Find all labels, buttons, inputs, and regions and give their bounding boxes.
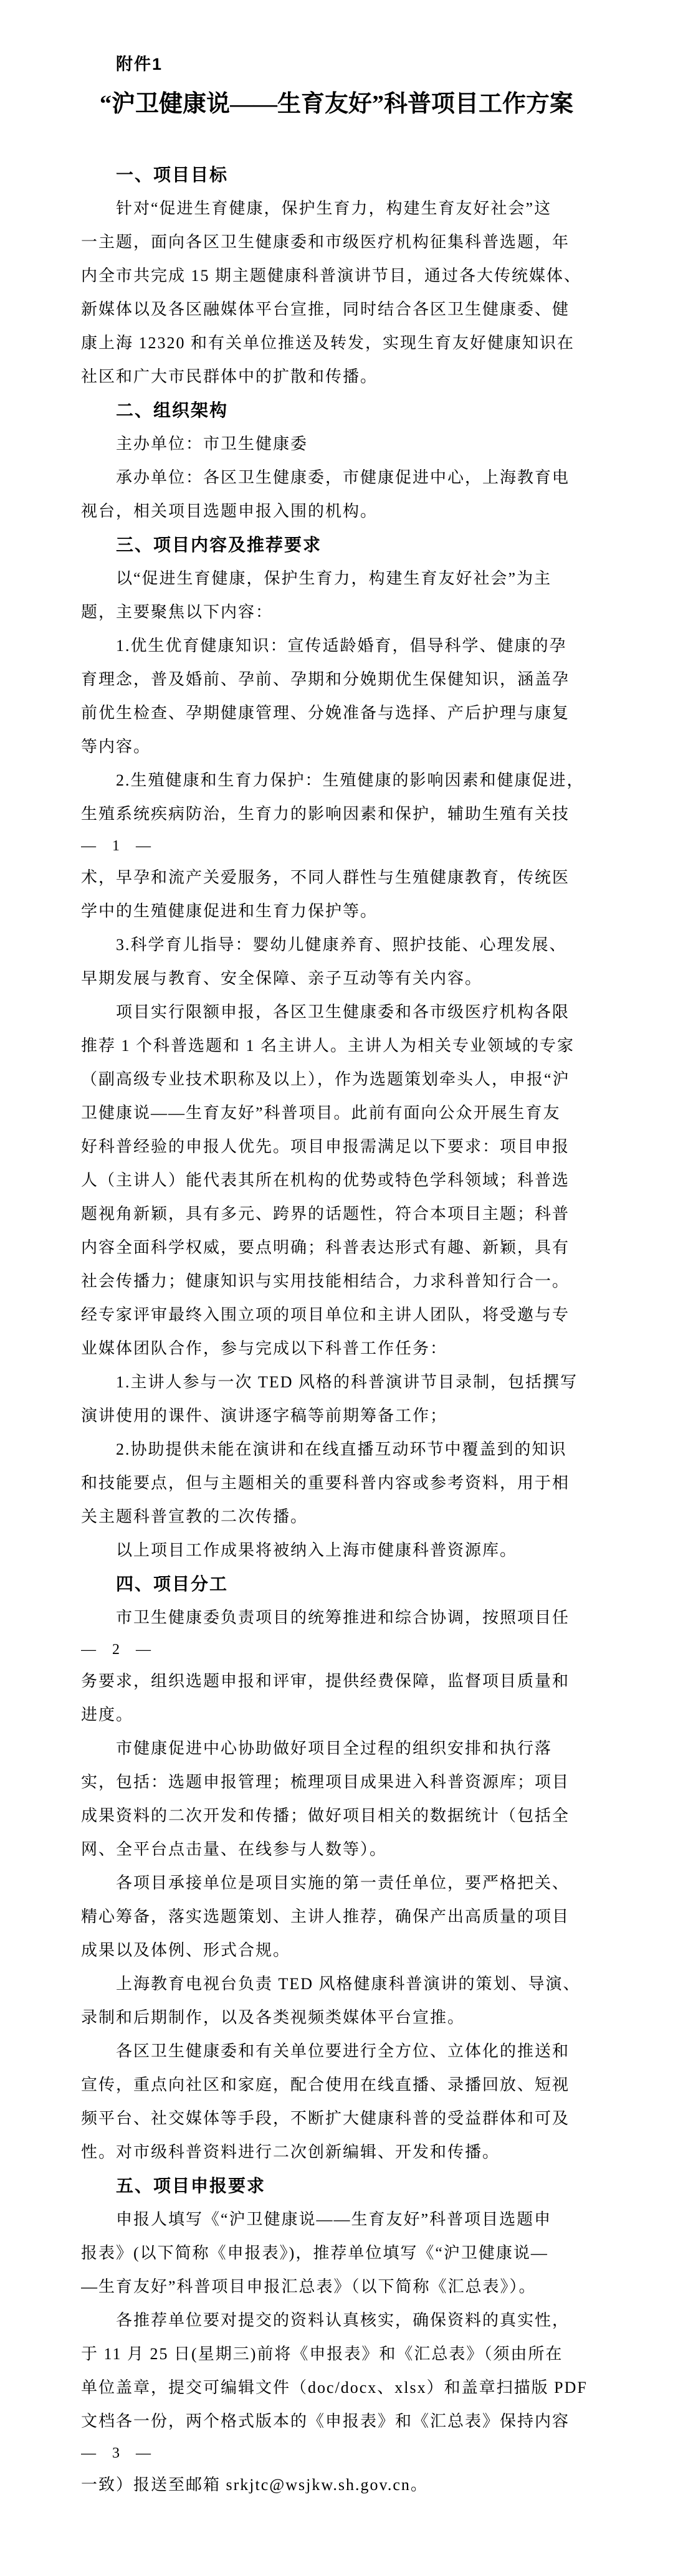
paragraph-first-line: 1.主讲人参与一次 TED 风格的科普演讲节目录制，包括撰写 [81,1366,592,1399]
paragraph-line: 网、全平台点击量、在线参与人数等）。 [81,1833,592,1866]
paragraph-line: 题视角新颖，具有多元、跨界的话题性，符合本项目主题；科普 [81,1197,592,1231]
paragraph-first-line: 市健康促进中心协助做好项目全过程的组织安排和执行落 [81,1732,592,1766]
paragraph-line: 精心筹备，落实选题策划、主讲人推荐，确保产出高质量的项目 [81,1900,592,1934]
paragraph-line: 学中的生殖健康促进和生育力保护等。 [81,895,592,928]
page-number: — 1 — [81,831,592,861]
paragraph-first-line: 各区卫生健康委和有关单位要进行全方位、立体化的推送和 [81,2035,592,2068]
paragraph-line: 实，包括：选题申报管理；梳理项目成果进入科普资源库；项目 [81,1766,592,1799]
paragraph-line: 社区和广大市民群体中的扩散和传播。 [81,360,592,394]
paragraph-first-line: 申报人填写《“沪卫健康说——生育友好”科普项目选题申 [81,2203,592,2236]
paragraph-line: 进度。 [81,1698,592,1732]
paragraph-line: 术，早孕和流产关爱服务，不同人群性与生殖健康教育，传统医 [81,861,592,895]
paragraph-first-line: 市卫生健康委负责项目的统筹推进和综合协调，按照项目任 [81,1601,592,1635]
paragraph-line: 一主题，面向各区卫生健康委和市级医疗机构征集科普选题，年 [81,226,592,259]
paragraph-line: 一致）报送至邮箱 srkjtc@wsjkw.sh.gov.cn。 [81,2468,592,2502]
paragraph-line: 业媒体团队合作，参与完成以下科普工作任务： [81,1332,592,1366]
section-heading: 一、项目目标 [81,158,592,192]
page-title: “沪卫健康说——生育友好”科普项目工作方案 [81,90,592,118]
document-page: 附件1 “沪卫健康说——生育友好”科普项目工作方案 一、项目目标针对“促进生育健… [0,0,673,2576]
paragraph-line: 等内容。 [81,730,592,764]
paragraph-line: （副高级专业技术职称及以上），作为选题策划牵头人，申报“沪 [81,1063,592,1096]
paragraph-line: 关主题科普宣教的二次传播。 [81,1500,592,1534]
paragraph-line: 视台，相关项目选题申报入围的机构。 [81,495,592,528]
paragraph-line: 人（主讲人）能代表其所在机构的优势或特色学科领域；科普选 [81,1164,592,1197]
paragraph-line: 务要求，组织选题申报和评审，提供经费保障，监督项目质量和 [81,1665,592,1698]
paragraph-line: 好科普经验的申报人优先。项目申报需满足以下要求：项目申报 [81,1130,592,1164]
paragraph-line: 和技能要点，但与主题相关的重要科普内容或参考资料，用于相 [81,1466,592,1500]
paragraph-line: 成果资料的二次开发和传播；做好项目相关的数据统计（包括全 [81,1799,592,1833]
paragraph-first-line: 各推荐单位要对提交的资料认真核实，确保资料的真实性， [81,2304,592,2337]
paragraph-line: 于 11 月 25 日(星期三)前将《申报表》和《汇总表》（须由所在 [81,2337,592,2371]
paragraph-line: 报表》(以下简称《申报表》)，推荐单位填写《“沪卫健康说— [81,2236,592,2270]
paragraph-line: 宣传，重点向社区和家庭，配合使用在线直播、录播回放、短视 [81,2068,592,2102]
paragraph-line: 经专家评审最终入围立项的项目单位和主讲人团队，将受邀与专 [81,1298,592,1332]
paragraph-first-line: 2.生殖健康和生育力保护：生殖健康的影响因素和健康促进， [81,764,592,797]
paragraph-line: 频平台、社交媒体等手段，不断扩大健康科普的受益群体和可及 [81,2102,592,2136]
paragraph-line: 前优生检查、孕期健康管理、分娩准备与选择、产后护理与康复 [81,696,592,730]
document-body: 一、项目目标针对“促进生育健康，保护生育力，构建生育友好社会”这一主题，面向各区… [81,158,592,2502]
paragraph-first-line: 2.协助提供未能在演讲和在线直播互动环节中覆盖到的知识 [81,1433,592,1466]
paragraph-line: —生育友好”科普项目申报汇总表》（以下简称《汇总表》）。 [81,2270,592,2304]
paragraph-line: 内全市共完成 15 期主题健康科普演讲节目，通过各大传统媒体、 [81,259,592,293]
paragraph-line: 康上海 12320 和有关单位推送及转发，实现生育友好健康知识在 [81,326,592,360]
paragraph-line: 生殖系统疾病防治，生育力的影响因素和保护，辅助生殖有关技 [81,797,592,831]
paragraph-line: 成果以及体例、形式合规。 [81,1934,592,1967]
page-number: — 2 — [81,1635,592,1665]
paragraph-line: 新媒体以及各区融媒体平台宣推，同时结合各区卫生健康委、健 [81,293,592,326]
attachment-label: 附件1 [81,55,592,74]
paragraph-line: 早期发展与教育、安全保障、亲子互动等有关内容。 [81,962,592,996]
paragraph-line: 卫健康说——生育友好”科普项目。此前有面向公众开展生育友 [81,1096,592,1130]
paragraph-line: 推荐 1 个科普选题和 1 名主讲人。主讲人为相关专业领域的专家 [81,1029,592,1063]
paragraph-first-line: 3.科学育儿指导：婴幼儿健康养育、照护技能、心理发展、 [81,928,592,962]
paragraph-line: 录制和后期制作，以及各类视频类媒体平台宣推。 [81,2001,592,2035]
paragraph-line: 题，主要聚焦以下内容： [81,596,592,629]
paragraph-first-line: 项目实行限额申报，各区卫生健康委和各市级医疗机构各限 [81,996,592,1029]
paragraph-first-line: 上海教育电视台负责 TED 风格健康科普演讲的策划、导演、 [81,1967,592,2001]
section-heading: 四、项目分工 [81,1567,592,1601]
paragraph-first-line: 各项目承接单位是项目实施的第一责任单位，要严格把关、 [81,1866,592,1900]
paragraph-line: 演讲使用的课件、演讲逐字稿等前期筹备工作； [81,1399,592,1433]
paragraph-first-line: 承办单位：各区卫生健康委，市健康促进中心，上海教育电 [81,461,592,495]
paragraph-line: 性。对市级科普资料进行二次创新编辑、开发和传播。 [81,2136,592,2169]
paragraph-line: 内容全面科学权威，要点明确；科普表达形式有趣、新颖，具有 [81,1231,592,1265]
paragraph-line: 文档各一份，两个格式版本的《申报表》和《汇总表》保持内容 [81,2405,592,2438]
paragraph-first-line: 主办单位：市卫生健康委 [81,427,592,461]
paragraph-first-line: 1.优生优育健康知识：宣传适龄婚育，倡导科学、健康的孕 [81,629,592,663]
paragraph-first-line: 以“促进生育健康，保护生育力，构建生育友好社会”为主 [81,562,592,596]
paragraph-line: 育理念，普及婚前、孕前、孕期和分娩期优生保健知识，涵盖孕 [81,663,592,696]
page-number: — 3 — [81,2438,592,2468]
section-heading: 二、组织架构 [81,394,592,427]
section-heading: 三、项目内容及推荐要求 [81,528,592,562]
section-heading: 五、项目申报要求 [81,2169,592,2203]
paragraph-first-line: 以上项目工作成果将被纳入上海市健康科普资源库。 [81,1534,592,1567]
paragraph-first-line: 针对“促进生育健康，保护生育力，构建生育友好社会”这 [81,192,592,226]
paragraph-line: 单位盖章，提交可编辑文件（doc/docx、xlsx）和盖章扫描版 PDF [81,2371,592,2405]
paragraph-line: 社会传播力；健康知识与实用技能相结合，力求科普知行合一。 [81,1265,592,1298]
